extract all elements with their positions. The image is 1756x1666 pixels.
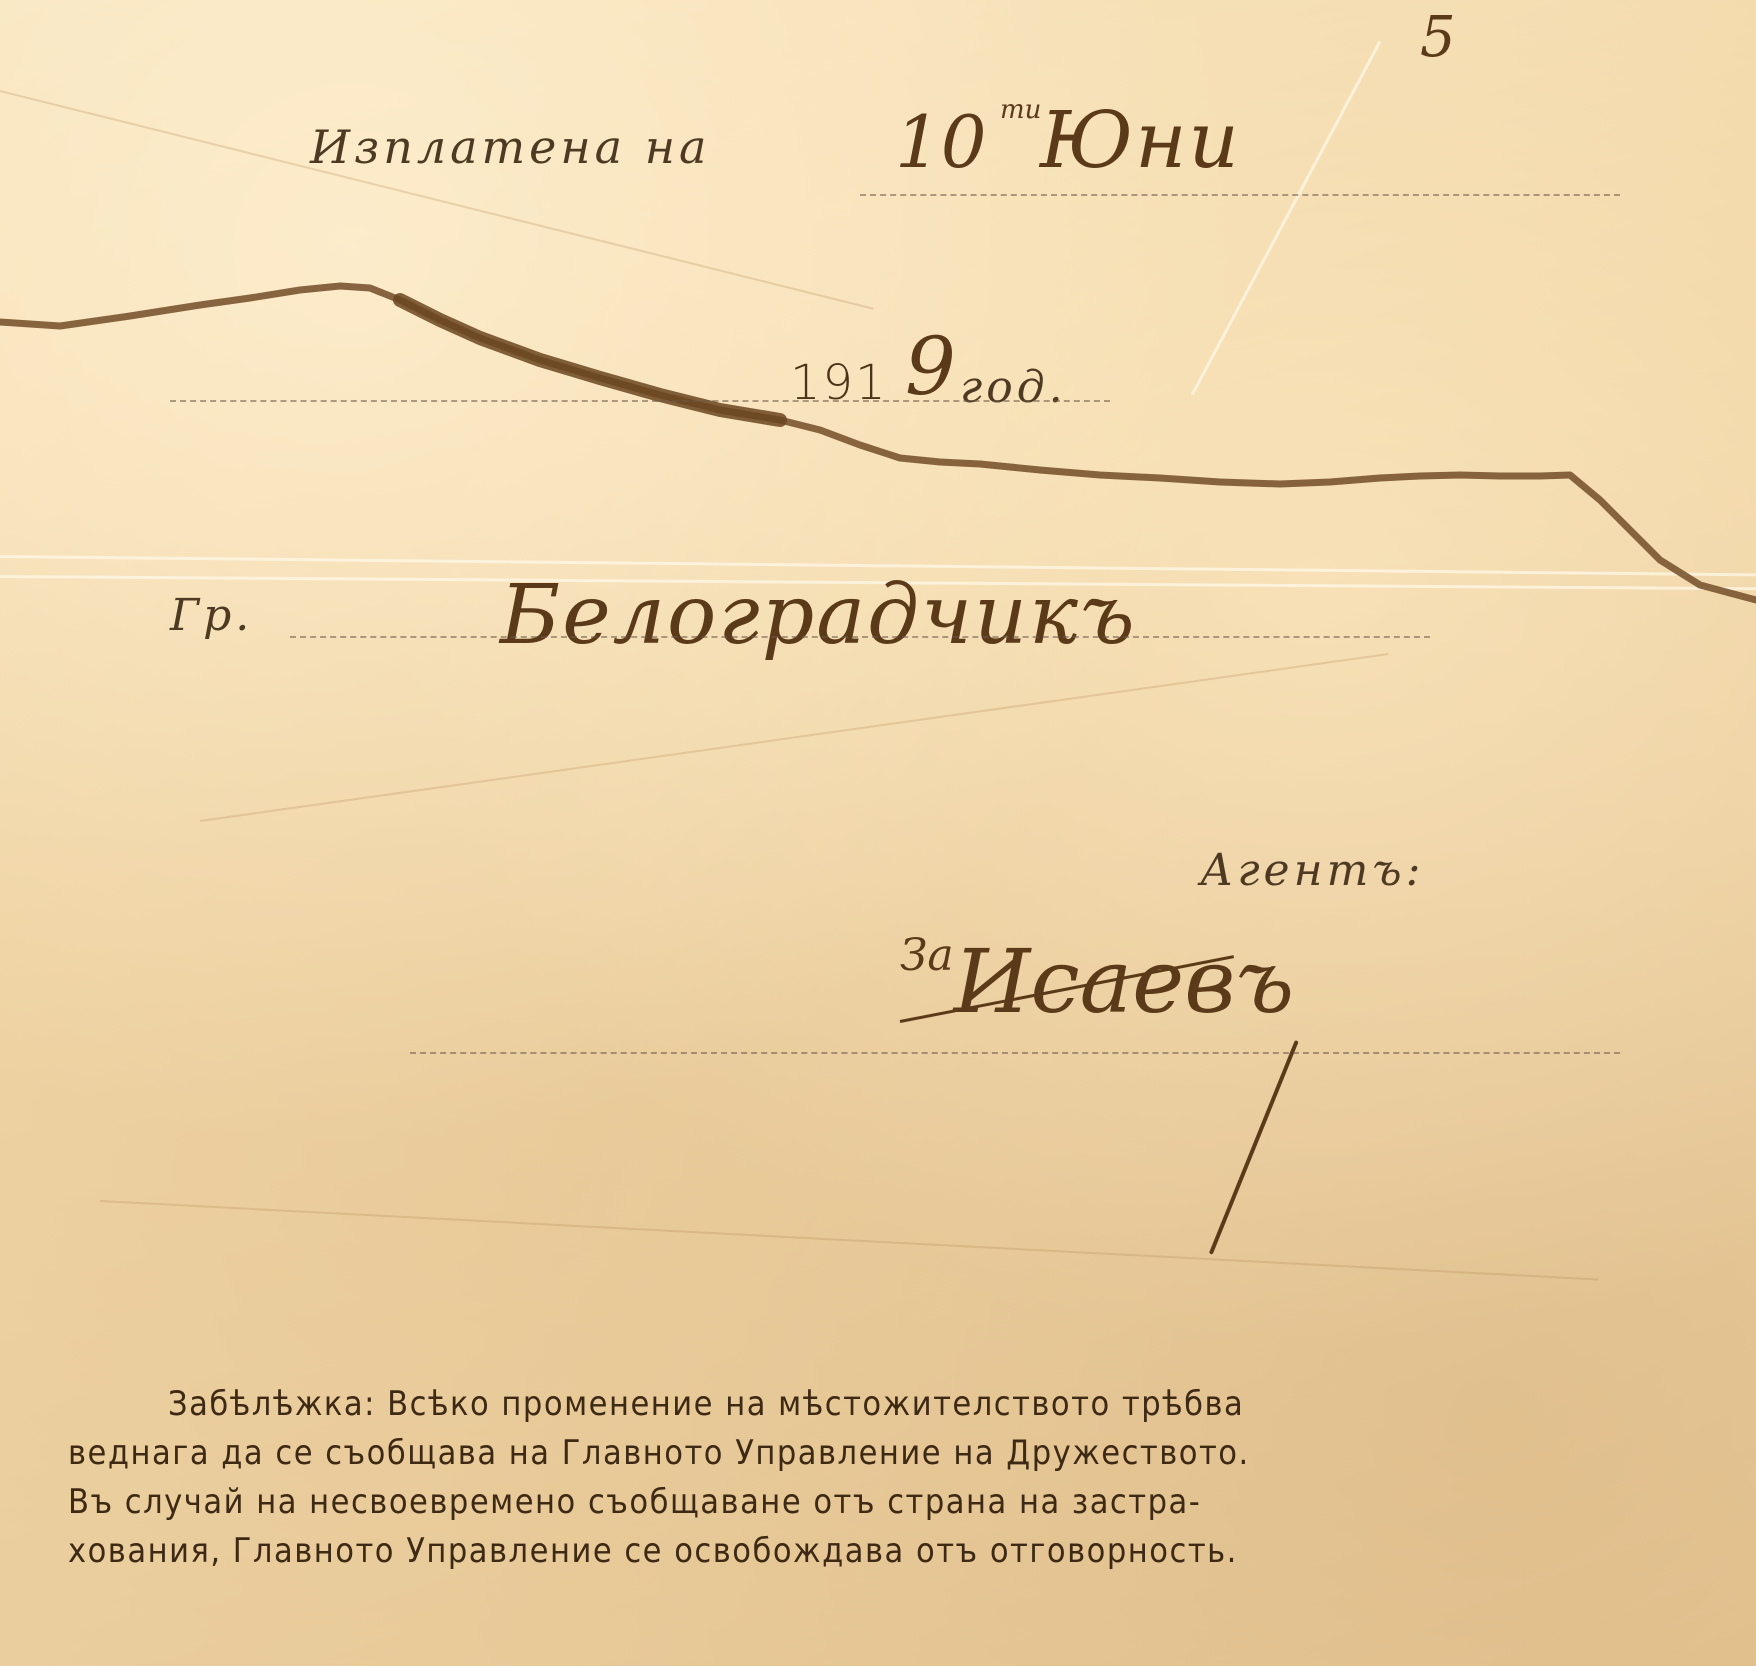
agent-signature-line — [410, 1052, 1620, 1054]
footnote-line: веднага да се съобщава на Главното Управ… — [68, 1429, 1648, 1478]
payment-date-label: Изплатена на — [310, 120, 710, 174]
payment-day-handwritten: 10 — [895, 100, 987, 184]
town-handwritten: Белоградчикъ — [500, 568, 1137, 663]
footnote-line: Забѣлѣжка: Всѣко променение на мѣстожите… — [168, 1380, 1648, 1429]
year-printed-prefix: 191 — [790, 355, 888, 411]
town-label: Гр. — [170, 590, 253, 641]
corner-mark: 5 — [1420, 5, 1456, 70]
signature-prefix: За — [900, 930, 954, 981]
payment-date-field-line — [860, 194, 1620, 196]
footnote-line: хования, Главното Управление се освобожд… — [68, 1527, 1648, 1576]
year-field-line — [170, 400, 1110, 402]
town-field-line — [290, 636, 1430, 638]
footnote-line: Въ случай на несвоевремено съобщаване от… — [68, 1478, 1648, 1527]
signature-name: Исаевъ — [954, 930, 1294, 1033]
payment-month-handwritten: Юни — [1040, 96, 1241, 186]
payment-day-superscript: ти — [1000, 95, 1041, 125]
agent-label: Агентъ: — [1200, 845, 1424, 896]
footnote: Забѣлѣжка: Всѣко променение на мѣстожите… — [168, 1380, 1648, 1576]
year-suffix: год. — [960, 362, 1067, 413]
